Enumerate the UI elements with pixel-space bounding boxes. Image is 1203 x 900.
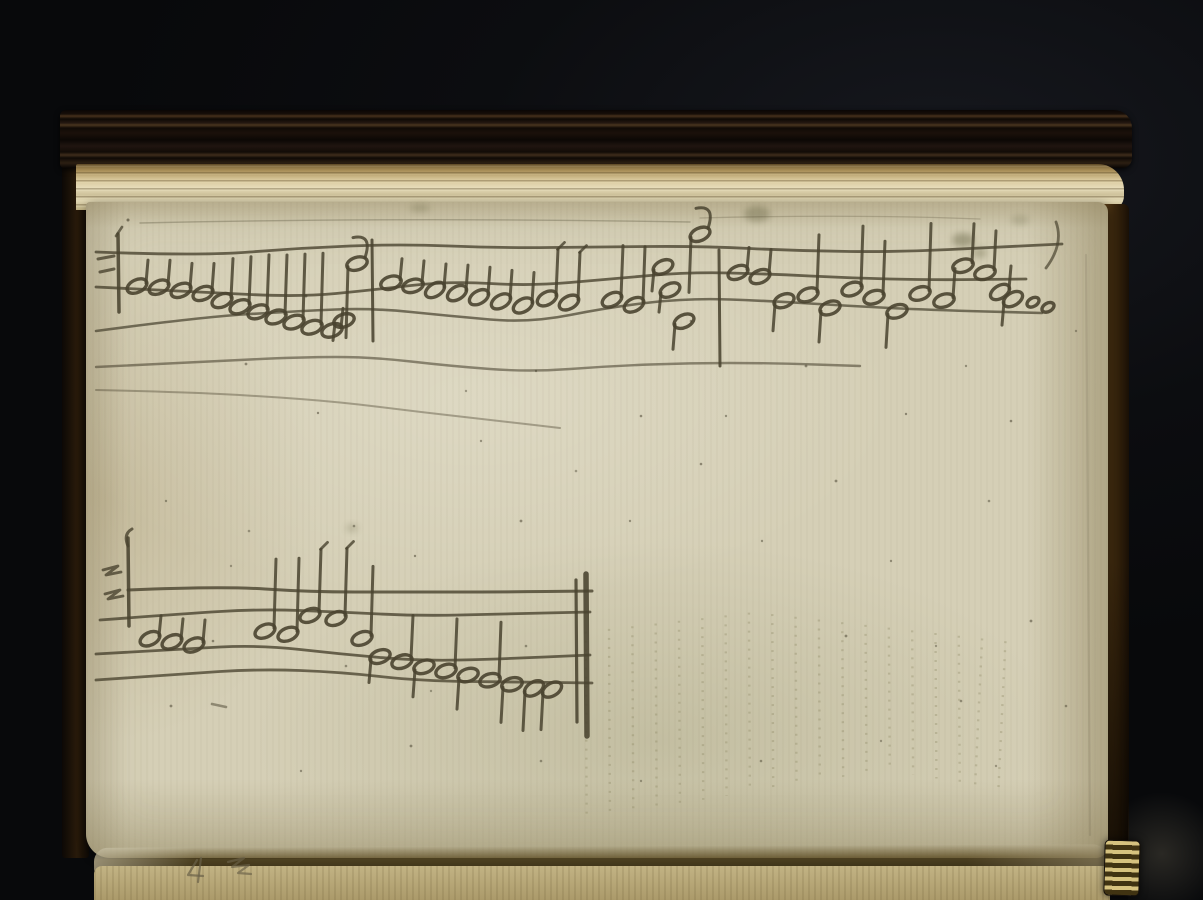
book-left-edge bbox=[62, 116, 89, 858]
book-top-cover-edge bbox=[60, 110, 1132, 168]
gilt-clasp bbox=[1103, 840, 1140, 897]
manuscript-page bbox=[86, 202, 1108, 858]
lower-leaf-edge bbox=[94, 866, 1110, 900]
photo-stage bbox=[0, 0, 1203, 900]
